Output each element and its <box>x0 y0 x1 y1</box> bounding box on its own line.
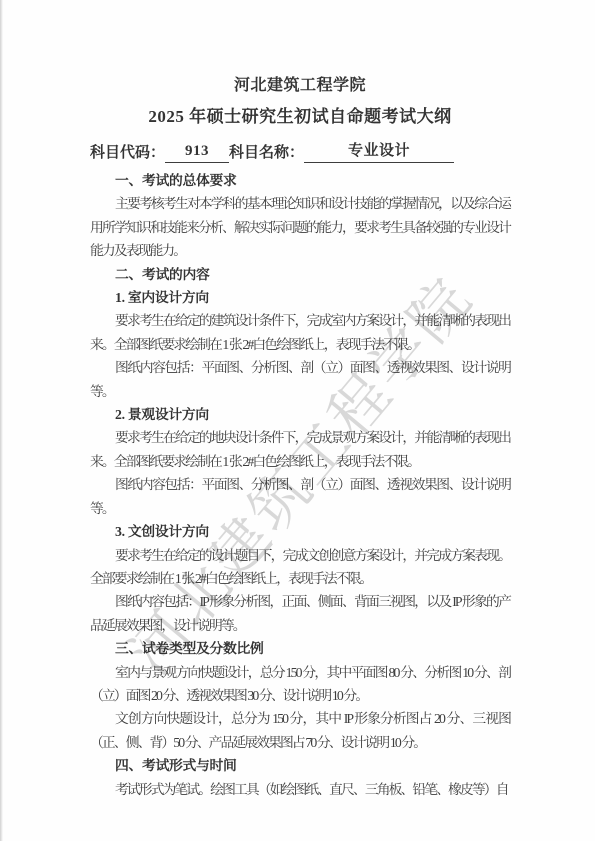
section-4-heading: 四、考试形式与时间 <box>90 754 510 777</box>
section-3-paragraph-1: 室内与景观方向快题设计，总分 150 分，其中平面图 80 分、分析图 10 分… <box>90 661 510 708</box>
section-1-heading: 一、考试的总体要求 <box>90 169 510 192</box>
subject-line: 科目代码：913科目名称：专业设计 <box>90 142 510 163</box>
subject-code-value: 913 <box>165 142 229 163</box>
subsection-landscape-paragraph-1: 要求考生在给定的地块设计条件下，完成景观方案设计，并能清晰的表现出来。全部图纸要… <box>90 426 510 473</box>
subsection-interior-paragraph-1: 要求考生在给定的建筑设计条件下，完成室内方案设计，并能清晰的表现出来。全部图纸要… <box>90 309 510 356</box>
document-page: 河北建筑工程学院 河北建筑工程学院 2025 年硕士研究生初试自命题考试大纲 科… <box>0 0 595 841</box>
subject-name-value: 专业设计 <box>304 142 454 163</box>
subsection-interior-heading: 1. 室内设计方向 <box>90 286 510 309</box>
subsection-cultural-paragraph-2: 图纸内容包括：IP 形象分析图，正面、侧面、背面三视图，以及 IP 形象的产品延… <box>90 590 510 637</box>
page-title: 河北建筑工程学院 <box>90 76 510 96</box>
document-body: 一、考试的总体要求 主要考核考生对本学科的基本理论知识和设计技能的掌握情况，以及… <box>90 169 510 801</box>
subsection-cultural-heading: 3. 文创设计方向 <box>90 520 510 543</box>
section-3-paragraph-2: 文创方向快题设计，总分为 150 分，其中 IP 形象分析图占 20 分、三视图… <box>90 707 510 754</box>
subject-code-label: 科目代码： <box>90 145 165 161</box>
section-3-heading: 三、试卷类型及分数比例 <box>90 637 510 660</box>
section-4-paragraph-1: 考试形式为笔试。绘图工具（如绘图纸、直尺、三角板、铅笔、橡皮等）自 <box>90 778 510 801</box>
scan-edge-shadow <box>0 0 3 841</box>
subject-name-label: 科目名称： <box>229 145 304 161</box>
subsection-cultural-paragraph-1: 要求考生在给定的设计题目下，完成文创创意方案设计，并完成方案表现。全部要求绘制在… <box>90 544 510 591</box>
section-1-paragraph-1: 主要考核考生对本学科的基本理论知识和设计技能的掌握情况，以及综合运用所学知识和技… <box>90 192 510 262</box>
document-content: 河北建筑工程学院 2025 年硕士研究生初试自命题考试大纲 科目代码：913科目… <box>90 0 510 801</box>
section-2-heading: 二、考试的内容 <box>90 263 510 286</box>
subsection-landscape-heading: 2. 景观设计方向 <box>90 403 510 426</box>
subsection-interior-paragraph-2: 图纸内容包括：平面图、分析图、剖（立）面图、透视效果图、设计说明等。 <box>90 356 510 403</box>
page-subtitle: 2025 年硕士研究生初试自命题考试大纲 <box>90 106 510 128</box>
subsection-landscape-paragraph-2: 图纸内容包括：平面图、分析图、剖（立）面图、透视效果图、设计说明等。 <box>90 473 510 520</box>
